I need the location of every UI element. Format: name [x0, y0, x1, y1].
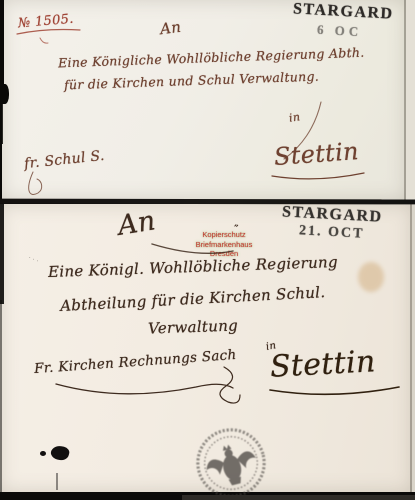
destination-lower: Stettin: [269, 344, 376, 384]
preposition-upper: in: [288, 110, 301, 124]
photo-two-covers: № 1505. An STARGARD 6 OC Eine Königliche…: [0, 0, 415, 500]
watermark-line: Briefmarkenhaus: [176, 240, 272, 250]
cover-upper-right-edge: [404, 0, 406, 200]
photo-bottom-edge: [0, 492, 182, 500]
postmark-date-lower: 21. OCT: [299, 223, 365, 242]
paper-stain: [358, 262, 384, 292]
photo-background: [406, 0, 415, 200]
prussian-eagle-seal-icon: [192, 424, 270, 500]
destination-upper: Stettin: [273, 137, 360, 171]
address-line: Verwaltung: [148, 316, 239, 337]
salutation-upper: An: [159, 18, 182, 38]
watermark-line: Kopierschutz: [176, 230, 272, 240]
gap-between-covers: [0, 199, 415, 205]
ink-drip: [56, 473, 58, 490]
photo-edge-strip: [0, 100, 3, 144]
copy-protection-watermark: Kopierschutz Briefmarkenhaus Dresden: [176, 230, 272, 259]
photo-edge-strip: [0, 204, 4, 304]
photo-bottom-edge: [182, 495, 415, 500]
salutation-lower: An: [116, 205, 158, 241]
postmark-date-upper: 6 OC: [317, 22, 363, 40]
photo-edge-strip: [0, 0, 4, 94]
cover-lower-right-edge: [410, 204, 412, 492]
ink-blot: [40, 451, 46, 456]
photo-edge-strip: [0, 300, 2, 492]
